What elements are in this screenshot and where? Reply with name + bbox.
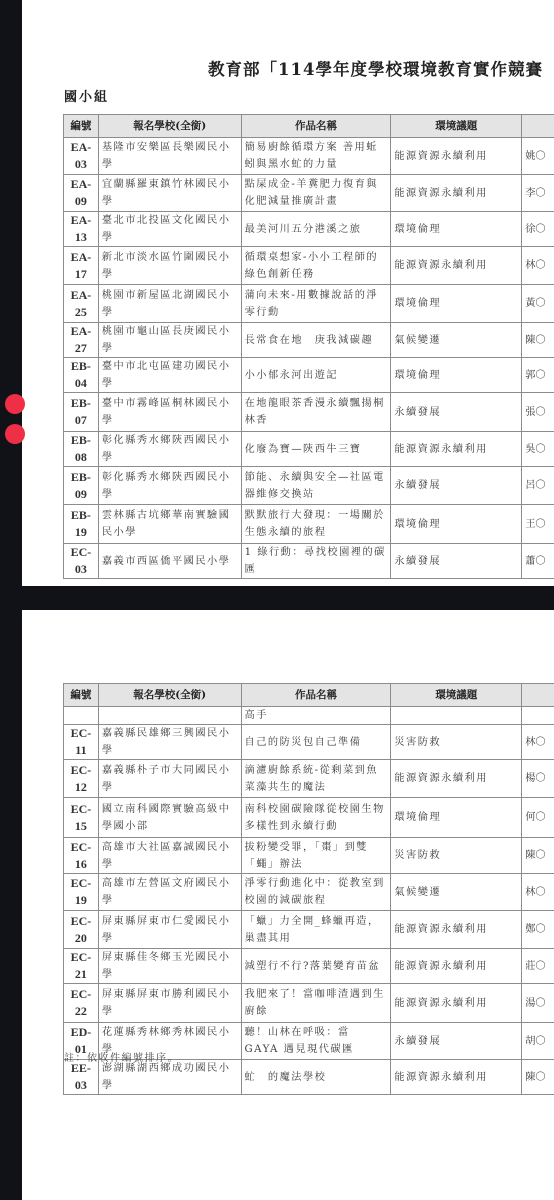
cell-work: 小小郁永河出遊記 [241,358,391,393]
cell-topic: 能源資源永續利用 [391,984,522,1023]
cell-code: EC-03 [64,544,99,579]
cell-topic: 永續發展 [391,544,522,579]
cell-topic: 永續發展 [391,1023,522,1060]
header-topic: 環境議題 [391,684,522,707]
cell-code: EB-08 [64,432,99,467]
header-work: 作品名稱 [241,684,391,707]
cell-person: 鄭〇 [522,911,554,949]
document-title: 教育部「114學年度學校環境教育實作競賽 [208,56,543,80]
cell-work: 南科校園碳險隊從校園生物多樣性到永續行動 [241,798,391,838]
cell-topic [391,707,522,725]
cell-school: 屏東縣屏東市仁愛國民小學 [98,911,241,949]
cell-school: 雲林縣古坑鄉華南實驗國民小學 [98,505,241,544]
cell-person: 陳〇 [522,323,554,358]
cell-topic: 氣候變遷 [391,874,522,911]
cell-work: 簡易廚餘循環方案 善用蚯蚓與黑水虻的力量 [241,138,391,175]
cell-school: 基隆市安樂區長樂國民小學 [98,138,241,175]
cell-code: EA-13 [64,212,99,247]
table-row: EA-09宜蘭縣羅東鎮竹林國民小學點屎成金-羊糞肥力復育與化肥減量推廣計畫能源資… [64,175,554,212]
cell-person: 蕭〇 [522,544,554,579]
table-row: EC-21屏東縣佳冬鄉玉光國民小學減塑行不行?落葉變育苗盆能源資源永續利用莊〇 [64,949,554,984]
table-row: EE-03澎湖縣湖西鄉成功國民小學虻 的魔法學校能源資源永續利用陳〇 [64,1060,554,1095]
cell-school [98,707,241,725]
cell-person: 郭〇 [522,358,554,393]
cell-school: 宜蘭縣羅東鎮竹林國民小學 [98,175,241,212]
cell-work: 聽！山林在呼吸：當 GAYA 遇見現代碳匯 [241,1023,391,1060]
cell-work: 虻 的魔法學校 [241,1060,391,1095]
table-row: EB-08彰化縣秀水鄉陝西國民小學化廢為寶—陝西牛三寶能源資源永續利用吳〇 [64,432,554,467]
cell-person [522,707,554,725]
cell-school: 臺北市北投區文化國民小學 [98,212,241,247]
cell-code: EC-12 [64,760,99,798]
document-page-2: 編號 報名學校(全銜) 作品名稱 環境議題 高手EC-11嘉義縣民雄鄉三興國民小… [22,610,554,1200]
footnote: 註：依收件編號排序。 [64,1049,179,1064]
cell-person: 林〇 [522,874,554,911]
cell-code: EC-21 [64,949,99,984]
cell-school: 國立南科國際實驗高級中學國小部 [98,798,241,838]
table-row: EC-03嘉義市西區僑平國民小學1 綠行動：尋找校園裡的碳匯永續發展蕭〇 [64,544,554,579]
cell-school: 嘉義縣民雄鄉三興國民小學 [98,725,241,760]
document-page-1: 教育部「114學年度學校環境教育實作競賽 國小組 編號 報名學校(全銜) 作品名… [22,0,554,586]
table-row: EA-27桃園市龜山區長庚國民小學長常食在地 庚我減碳趣氣候變遷陳〇 [64,323,554,358]
cell-work: 自己的防災包自己準備 [241,725,391,760]
cell-school: 新北市淡水區竹圍國民小學 [98,247,241,285]
cell-person: 李〇 [522,175,554,212]
cell-topic: 能源資源永續利用 [391,432,522,467]
cell-code: EB-07 [64,393,99,432]
table-row: EC-22屏東縣屏東市勝利國民小學我肥來了！當咖啡渣遇到生廚餘能源資源永續利用湯… [64,984,554,1023]
cell-person: 黃〇 [522,285,554,323]
cell-work: 長常食在地 庚我減碳趣 [241,323,391,358]
cell-work: 淨零行動進化中：從教室到校園的減碳旅程 [241,874,391,911]
cell-work: 在地龍眼茶香漫永續飄揚桐林香 [241,393,391,432]
table-row: EC-15國立南科國際實驗高級中學國小部南科校園碳險隊從校園生物多樣性到永續行動… [64,798,554,838]
header-school: 報名學校(全銜) [98,115,241,138]
table-row: EA-25桃園市新屋區北湖國民小學蒲向未來-用數據說話的淨零行動環境倫理黃〇 [64,285,554,323]
cell-topic: 環境倫理 [391,358,522,393]
cell-work: 滴濾廚餘系統-從剩菜到魚菜藻共生的魔法 [241,760,391,798]
table-header-row: 編號 報名學校(全銜) 作品名稱 環境議題 [64,115,554,138]
cell-topic: 能源資源永續利用 [391,175,522,212]
table-row: EC-19高雄市左營區文府國民小學淨零行動進化中：從教室到校園的減碳旅程氣候變遷… [64,874,554,911]
cell-person: 胡〇 [522,1023,554,1060]
cell-person: 陳〇 [522,1060,554,1095]
header-code: 編號 [64,684,99,707]
cell-work: 節能、永續與安全—社區電器維修交換站 [241,467,391,505]
cell-school: 嘉義市西區僑平國民小學 [98,544,241,579]
cell-school: 嘉義縣朴子市大同國民小學 [98,760,241,798]
cell-school: 桃園市龜山區長庚國民小學 [98,323,241,358]
header-school: 報名學校(全銜) [98,684,241,707]
table-row: EC-16高雄市大社區嘉誠國民小學拔粉變受罪，「棗」到雙「蠅」辦法災害防救陳〇 [64,838,554,874]
cell-code: EC-11 [64,725,99,760]
cell-topic: 環境倫理 [391,505,522,544]
cell-school: 桃園市新屋區北湖國民小學 [98,285,241,323]
cell-code: EC-22 [64,984,99,1023]
cell-work: 「蠟」力全開_蜂蠟再造，巢盡其用 [241,911,391,949]
cell-topic: 災害防救 [391,838,522,874]
cell-topic: 能源資源永續利用 [391,911,522,949]
cell-person: 莊〇 [522,949,554,984]
red-dot-marker [5,424,25,444]
table-header-row: 編號 報名學校(全銜) 作品名稱 環境議題 [64,684,554,707]
cell-school: 澎湖縣湖西鄉成功國民小學 [98,1060,241,1095]
cell-topic: 環境倫理 [391,212,522,247]
cell-topic: 環境倫理 [391,798,522,838]
cell-person: 湯〇 [522,984,554,1023]
cell-work: 我肥來了！當咖啡渣遇到生廚餘 [241,984,391,1023]
cell-code: EA-03 [64,138,99,175]
cell-person: 張〇 [522,393,554,432]
cell-topic: 永續發展 [391,467,522,505]
cell-work: 最美河川五分港溪之旅 [241,212,391,247]
red-dot-marker [5,394,25,414]
header-work: 作品名稱 [241,115,391,138]
cell-work: 點屎成金-羊糞肥力復育與化肥減量推廣計畫 [241,175,391,212]
table-row: EC-12嘉義縣朴子市大同國民小學滴濾廚餘系統-從剩菜到魚菜藻共生的魔法能源資源… [64,760,554,798]
cell-person: 楊〇 [522,760,554,798]
cell-code [64,707,99,725]
cell-person: 吳〇 [522,432,554,467]
cell-code: EA-17 [64,247,99,285]
cell-person: 何〇 [522,798,554,838]
cell-person: 林〇 [522,725,554,760]
cell-person: 王〇 [522,505,554,544]
header-topic: 環境議題 [391,115,522,138]
cell-work: 1 綠行動：尋找校園裡的碳匯 [241,544,391,579]
cell-person: 林〇 [522,247,554,285]
cell-school: 屏東縣佳冬鄉玉光國民小學 [98,949,241,984]
cell-person: 姚〇 [522,138,554,175]
cell-work: 拔粉變受罪，「棗」到雙「蠅」辦法 [241,838,391,874]
cell-work: 循環桌想家-小小工程師的綠色創新任務 [241,247,391,285]
cell-topic: 能源資源永續利用 [391,949,522,984]
cell-code: EB-09 [64,467,99,505]
cell-school: 高雄市左營區文府國民小學 [98,874,241,911]
cell-topic: 能源資源永續利用 [391,138,522,175]
table-row: EA-17新北市淡水區竹圍國民小學循環桌想家-小小工程師的綠色創新任務能源資源永… [64,247,554,285]
cell-work: 化廢為寶—陝西牛三寶 [241,432,391,467]
table-row: EB-09彰化縣秀水鄉陝西國民小學節能、永續與安全—社區電器維修交換站永續發展呂… [64,467,554,505]
table-row: EA-13臺北市北投區文化國民小學最美河川五分港溪之旅環境倫理徐〇 [64,212,554,247]
results-table-page-1: 編號 報名學校(全銜) 作品名稱 環境議題 EA-03基隆市安樂區長樂國民小學簡… [63,114,554,579]
cell-school: 臺中市北屯區建功國民小學 [98,358,241,393]
cell-school: 臺中市霧峰區桐林國民小學 [98,393,241,432]
cell-topic: 環境倫理 [391,285,522,323]
cell-topic: 永續發展 [391,393,522,432]
cell-school: 屏東縣屏東市勝利國民小學 [98,984,241,1023]
cell-work: 蒲向未來-用數據說話的淨零行動 [241,285,391,323]
cell-code: EE-03 [64,1060,99,1095]
table-row: EB-19雲林縣古坑鄉華南實驗國民小學默默旅行大發現：一場關於生態永續的旅程環境… [64,505,554,544]
table-row: 高手 [64,707,554,725]
cell-code: EC-20 [64,911,99,949]
cell-code: EA-09 [64,175,99,212]
cell-work: 減塑行不行?落葉變育苗盆 [241,949,391,984]
table-row: EB-04臺中市北屯區建功國民小學小小郁永河出遊記環境倫理郭〇 [64,358,554,393]
cell-school: 高雄市大社區嘉誠國民小學 [98,838,241,874]
cell-code: EB-19 [64,505,99,544]
cell-code: EC-16 [64,838,99,874]
results-table-page-2: 編號 報名學校(全銜) 作品名稱 環境議題 高手EC-11嘉義縣民雄鄉三興國民小… [63,683,554,1095]
cell-work: 高手 [241,707,391,725]
cell-school: 彰化縣秀水鄉陝西國民小學 [98,467,241,505]
cell-topic: 能源資源永續利用 [391,1060,522,1095]
group-heading: 國小組 [64,86,109,105]
header-code: 編號 [64,115,99,138]
cell-work: 默默旅行大發現：一場關於生態永續的旅程 [241,505,391,544]
cell-topic: 災害防救 [391,725,522,760]
table-row: EB-07臺中市霧峰區桐林國民小學在地龍眼茶香漫永續飄揚桐林香永續發展張〇 [64,393,554,432]
cell-topic: 能源資源永續利用 [391,760,522,798]
cell-topic: 能源資源永續利用 [391,247,522,285]
cell-person: 陳〇 [522,838,554,874]
cell-person: 徐〇 [522,212,554,247]
cell-person: 呂〇 [522,467,554,505]
cell-code: EB-04 [64,358,99,393]
table-row: EC-20屏東縣屏東市仁愛國民小學「蠟」力全開_蜂蠟再造，巢盡其用能源資源永續利… [64,911,554,949]
cell-code: EC-19 [64,874,99,911]
table-row: EA-03基隆市安樂區長樂國民小學簡易廚餘循環方案 善用蚯蚓與黑水虻的力量能源資… [64,138,554,175]
cell-code: EA-27 [64,323,99,358]
cell-topic: 氣候變遷 [391,323,522,358]
header-person [522,684,554,707]
cell-code: EC-15 [64,798,99,838]
table-row: EC-11嘉義縣民雄鄉三興國民小學自己的防災包自己準備災害防救林〇 [64,725,554,760]
cell-code: EA-25 [64,285,99,323]
header-person [522,115,554,138]
cell-school: 彰化縣秀水鄉陝西國民小學 [98,432,241,467]
